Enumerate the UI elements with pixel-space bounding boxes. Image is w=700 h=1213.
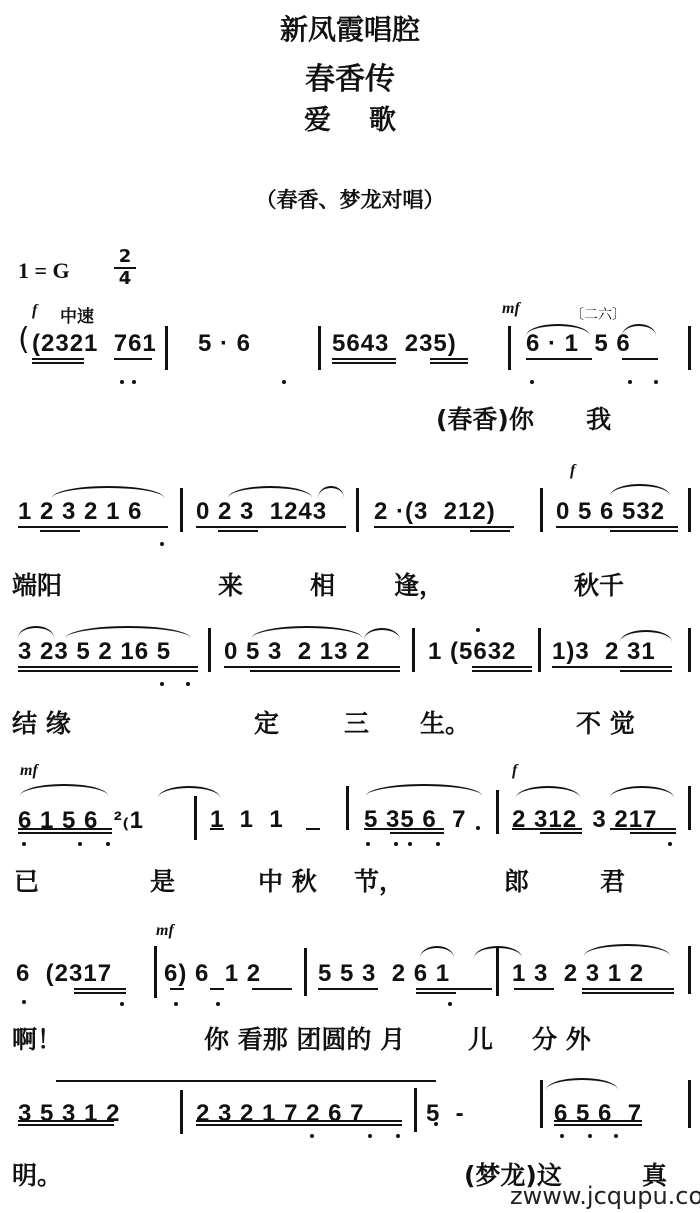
lyrics-text: 三 xyxy=(344,704,369,740)
barline xyxy=(688,326,691,370)
low-octave-dot xyxy=(366,842,370,846)
underline xyxy=(196,1124,402,1126)
dynamic-marking: f xyxy=(32,302,37,320)
low-octave-dot xyxy=(160,542,164,546)
barline xyxy=(180,488,183,532)
underline xyxy=(114,358,152,360)
measure-notes: 0 5 3 2 13 2 xyxy=(224,638,370,666)
performers-subtitle: （春香、梦龙对唱） xyxy=(0,184,700,214)
underline xyxy=(582,992,674,994)
barline xyxy=(165,326,168,370)
underline xyxy=(224,666,400,668)
slur xyxy=(610,786,674,798)
underline xyxy=(630,832,676,834)
low-octave-dot xyxy=(22,842,26,846)
low-octave-dot xyxy=(186,682,190,686)
slur xyxy=(546,1078,618,1090)
underline xyxy=(250,670,400,672)
time-signature: 2 4 xyxy=(114,248,136,288)
barline xyxy=(496,790,499,834)
underline xyxy=(306,828,320,830)
barline xyxy=(412,628,415,672)
underline xyxy=(170,988,184,990)
low-octave-dot xyxy=(436,842,440,846)
underline xyxy=(74,988,126,990)
low-octave-dot xyxy=(476,826,480,830)
underline xyxy=(18,828,112,830)
low-octave-dot xyxy=(216,1002,220,1006)
barline xyxy=(414,1088,417,1132)
low-octave-dot xyxy=(22,1000,26,1004)
slur xyxy=(52,486,164,498)
measure-notes: 0 2 3 1243 xyxy=(196,498,327,526)
lyrics-text: 已 xyxy=(14,862,39,898)
lyrics-line: (春香)你 我 xyxy=(436,400,611,436)
time-sig-bottom: 4 xyxy=(114,270,136,288)
measure-notes: 6) 6 1 2 xyxy=(164,960,261,988)
measure-notes: 1)3 2 31 xyxy=(552,638,656,666)
underline xyxy=(218,530,258,532)
barline xyxy=(688,786,691,830)
barline xyxy=(356,488,359,532)
slur xyxy=(158,786,220,798)
barline xyxy=(540,488,543,532)
slur xyxy=(516,786,580,798)
low-octave-dot xyxy=(310,1134,314,1138)
measure-notes: 1 2 3 2 1 6 xyxy=(18,498,142,526)
underline xyxy=(196,526,346,528)
slur xyxy=(420,946,454,958)
underline xyxy=(610,530,678,532)
low-octave-dot xyxy=(434,1122,438,1126)
low-octave-dot xyxy=(282,380,286,384)
barline xyxy=(154,946,157,998)
underline xyxy=(390,832,444,834)
measure-notes: 1 (5632 xyxy=(428,638,516,666)
lyrics-text: 逢， xyxy=(394,566,444,602)
underline xyxy=(512,828,582,830)
lyrics-text: 相 xyxy=(310,566,335,602)
tempo-marking: 中速 xyxy=(60,302,94,327)
barline xyxy=(180,1090,183,1134)
lyrics-text: 生。 xyxy=(420,704,470,740)
underline xyxy=(430,358,468,360)
barline xyxy=(508,326,511,370)
collection-title: 新凤霞唱腔 xyxy=(0,8,700,48)
barline xyxy=(318,326,321,370)
measure-notes: 6 (2317 xyxy=(16,960,112,988)
slur xyxy=(20,784,108,796)
underline xyxy=(430,362,468,364)
underline xyxy=(622,358,658,360)
barline xyxy=(346,786,349,830)
slur xyxy=(318,486,344,498)
lyrics-text: 来 xyxy=(218,566,243,602)
low-octave-dot xyxy=(408,842,412,846)
underline xyxy=(32,362,84,364)
barline xyxy=(688,628,691,672)
lyrics-text: 节， xyxy=(354,862,404,898)
underline xyxy=(210,828,224,830)
measure-notes: 5 · 6 xyxy=(198,330,251,358)
time-sig-top: 2 xyxy=(114,248,136,266)
lyrics-text: 君 xyxy=(600,862,625,898)
lyrics-text: 是 xyxy=(150,862,175,898)
underline xyxy=(18,1124,114,1126)
dynamic-marking: mf xyxy=(20,762,38,780)
barline xyxy=(304,948,307,996)
barline xyxy=(538,628,541,672)
low-octave-dot xyxy=(394,842,398,846)
low-octave-dot xyxy=(396,1134,400,1138)
slur xyxy=(252,626,362,638)
slur xyxy=(66,626,190,638)
lyrics-text: 明。 xyxy=(12,1156,62,1192)
low-octave-dot xyxy=(668,842,672,846)
underline xyxy=(470,530,510,532)
underline xyxy=(18,832,112,834)
lyrics-text: 秋千 xyxy=(574,566,624,602)
lyrics-text: 结 缘 xyxy=(12,704,71,740)
underline xyxy=(472,666,532,668)
measure-notes: 6 · 1 5 6 xyxy=(526,330,631,358)
low-octave-dot xyxy=(588,1134,592,1138)
underline xyxy=(74,992,126,994)
lyrics-text: 端阳 xyxy=(12,566,62,602)
underline xyxy=(552,666,672,668)
lyrics-text: 啊！ xyxy=(12,1020,62,1056)
barline xyxy=(688,946,691,994)
low-octave-dot xyxy=(106,842,110,846)
lyrics-text: 你 看那 团圆的 月 xyxy=(204,1020,405,1056)
lyrics-text: 儿 xyxy=(468,1020,493,1056)
song-title: 爱歌 xyxy=(0,98,700,137)
low-octave-dot xyxy=(78,842,82,846)
dynamic-marking: f xyxy=(570,462,575,480)
underline xyxy=(620,670,672,672)
low-octave-dot xyxy=(368,1134,372,1138)
low-octave-dot xyxy=(160,682,164,686)
lyrics-text: 不 觉 xyxy=(576,704,635,740)
slur xyxy=(18,626,54,638)
underline xyxy=(556,526,678,528)
barline xyxy=(688,488,691,532)
underline xyxy=(18,526,168,528)
measure-notes: 5643 235) xyxy=(332,330,457,358)
lyrics-text: 中 秋 xyxy=(258,862,317,898)
measure-notes: 5 - xyxy=(426,1100,465,1128)
tie-line xyxy=(56,1080,436,1088)
low-octave-dot xyxy=(120,380,124,384)
underline xyxy=(18,670,198,672)
slur xyxy=(610,484,670,496)
dynamic-marking: mf xyxy=(156,922,174,940)
underline xyxy=(332,362,396,364)
underline xyxy=(554,1124,642,1126)
measure-notes: 0 5 6 532 xyxy=(556,498,665,526)
dynamic-marking: mf xyxy=(502,300,520,318)
underline xyxy=(472,670,532,672)
low-octave-dot xyxy=(614,1134,618,1138)
underline xyxy=(416,988,492,990)
underline xyxy=(18,1120,114,1122)
low-octave-dot xyxy=(132,380,136,384)
measure-notes: 3 23 5 2 16 5 xyxy=(18,638,171,666)
low-octave-dot xyxy=(628,380,632,384)
slur xyxy=(584,944,670,956)
underline xyxy=(554,1120,642,1122)
lyrics-text: 分 外 xyxy=(532,1020,591,1056)
lyrics-text: 定 xyxy=(254,704,279,740)
watermark: zwww.jcqupu.com xyxy=(510,1182,700,1210)
banqiang-label: 〔二六〕 xyxy=(570,304,626,324)
barline xyxy=(496,948,499,996)
low-octave-dot xyxy=(560,1134,564,1138)
barline xyxy=(540,1080,543,1128)
underline xyxy=(196,1120,402,1122)
low-octave-dot xyxy=(120,1002,124,1006)
dynamic-marking: f xyxy=(512,762,517,780)
low-octave-dot xyxy=(530,380,534,384)
measure-notes: 1 3 2 3 1 2 xyxy=(512,960,644,988)
low-octave-dot xyxy=(174,1002,178,1006)
slur xyxy=(228,486,312,498)
underline xyxy=(18,666,198,668)
underline xyxy=(318,988,378,990)
measure-notes: 5 5 3 2 6 1 xyxy=(318,960,450,988)
underline xyxy=(540,832,582,834)
underline xyxy=(210,988,224,990)
high-octave-dot xyxy=(476,628,480,632)
underline xyxy=(332,358,396,360)
measure-notes: 6 1 5 6 ²₍1 xyxy=(18,806,144,835)
barline xyxy=(208,628,211,672)
underline xyxy=(364,828,444,830)
slur xyxy=(366,784,482,796)
underline xyxy=(40,530,80,532)
paren: ( xyxy=(18,322,30,357)
measure-notes: 2 ·(3 212) xyxy=(374,498,496,526)
underline xyxy=(32,358,84,360)
underline xyxy=(582,988,674,990)
underline xyxy=(526,358,592,360)
underline xyxy=(252,988,292,990)
measure-notes: (2321 761 xyxy=(32,330,157,358)
barline xyxy=(688,1080,691,1128)
underline xyxy=(374,526,514,528)
key-signature: 1 = G xyxy=(18,258,70,284)
low-octave-dot xyxy=(654,380,658,384)
barline xyxy=(194,796,197,840)
underline xyxy=(514,988,554,990)
opera-title: 春香传 xyxy=(0,54,700,98)
low-octave-dot xyxy=(448,1002,452,1006)
underline xyxy=(610,828,676,830)
underline xyxy=(416,992,456,994)
lyrics-text: 郎 xyxy=(504,862,529,898)
